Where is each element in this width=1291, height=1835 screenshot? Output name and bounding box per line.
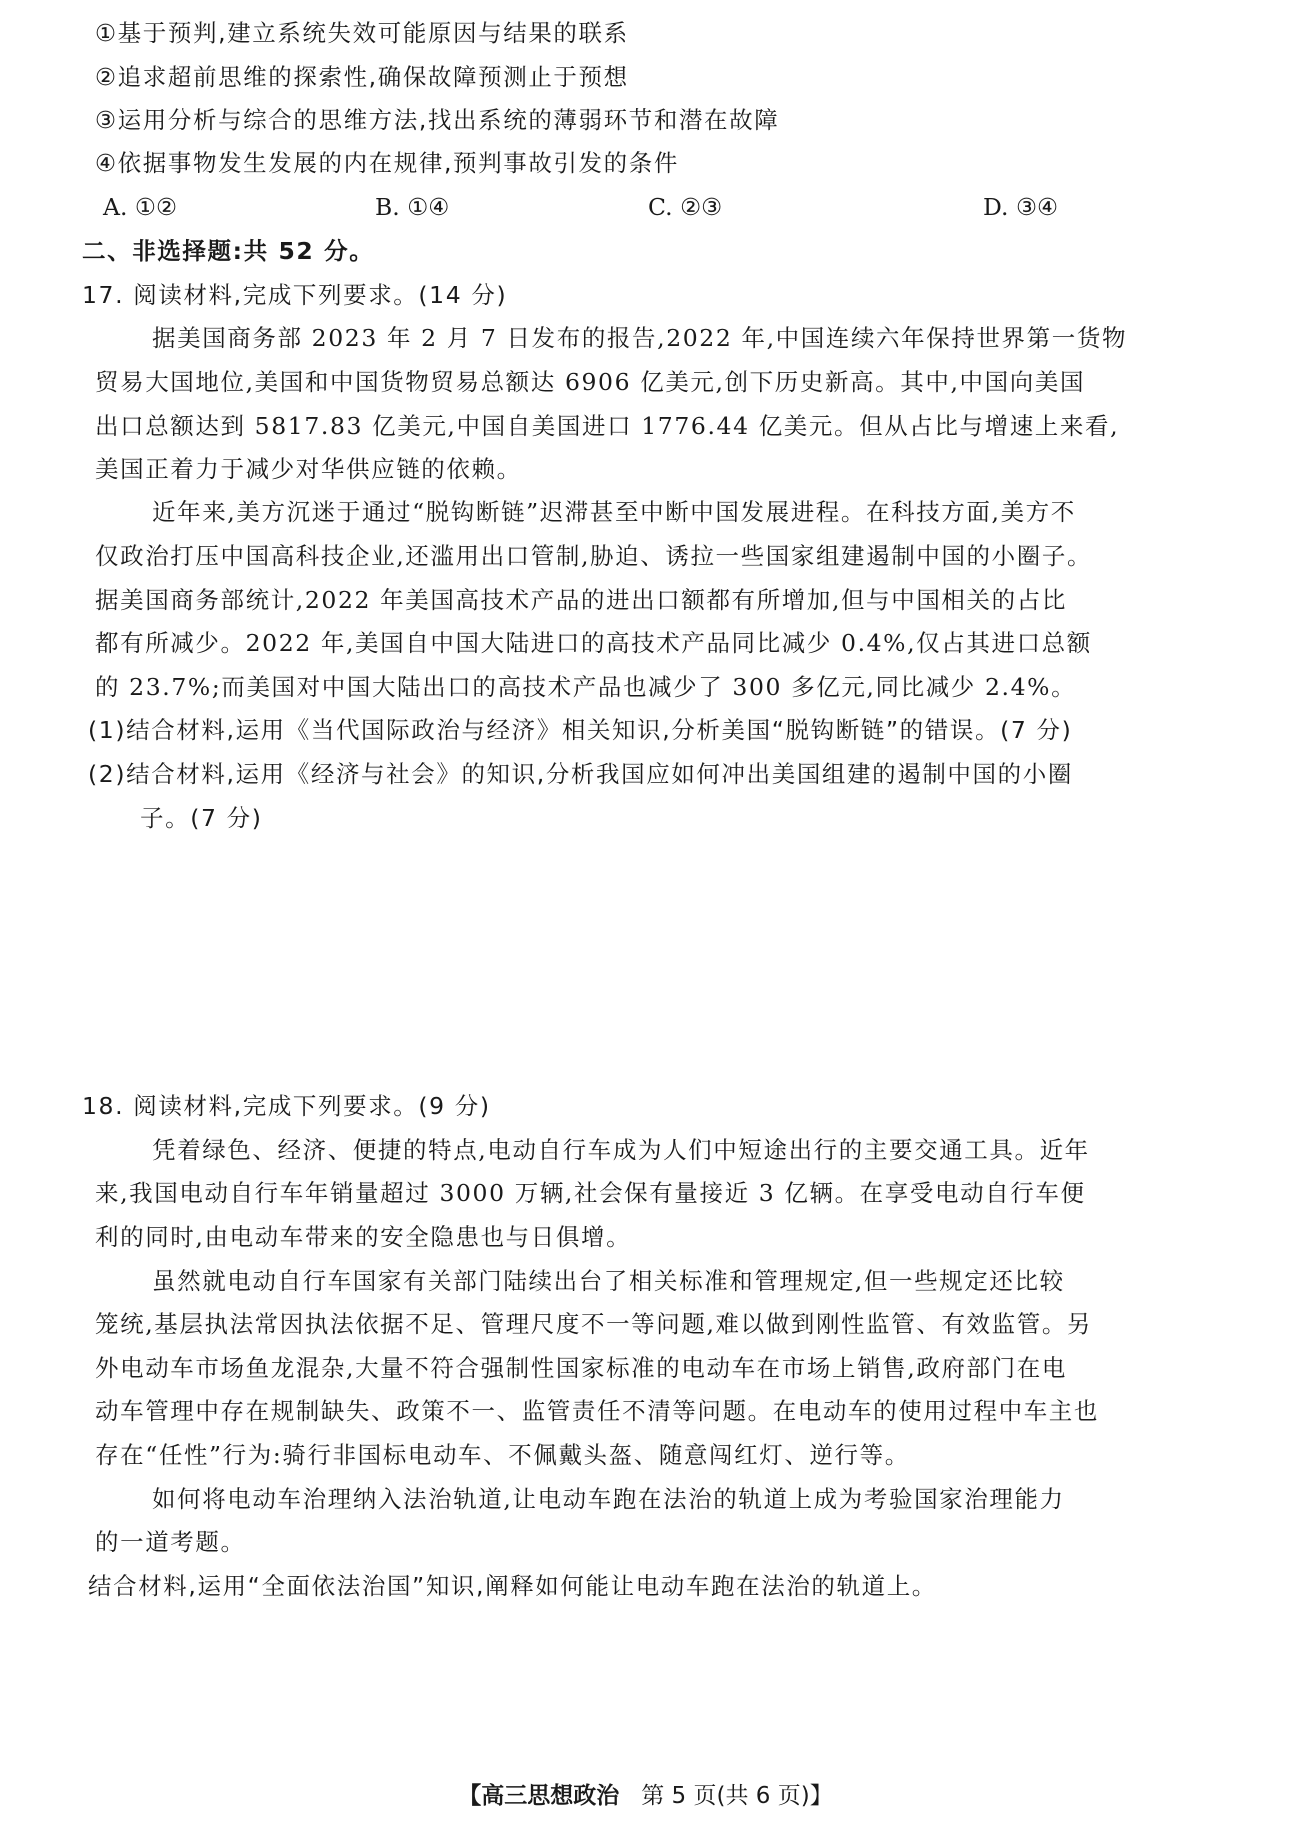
q18-title: 18. 阅读材料,完成下列要求。(9 分)	[82, 1091, 1232, 1121]
statement-4: ④依据事物发生发展的内在规律,预判事故引发的条件	[95, 148, 1245, 178]
option-d: D. ③④	[983, 192, 1058, 222]
q18-p1-line2: 来,我国电动自行车年销量超过 3000 万辆,社会保有量接近 3 亿辆。在享受电…	[95, 1178, 1245, 1208]
q17-p2-line1: 近年来,美方沉迷于通过“脱钩断链”迟滞甚至中断中国发展进程。在科技方面,美方不	[152, 497, 1291, 527]
q18-p3-line2: 的一道考题。	[95, 1527, 1245, 1557]
statement-1: ①基于预判,建立系统失效可能原因与结果的联系	[95, 18, 1245, 48]
q17-p1-line4: 美国正着力于减少对华供应链的依赖。	[95, 454, 1245, 484]
q17-sub1: (1)结合材料,运用《当代国际政治与经济》相关知识,分析美国“脱钩断链”的错误。…	[88, 715, 1238, 745]
exam-page: ①基于预判,建立系统失效可能原因与结果的联系 ②追求超前思维的探索性,确保故障预…	[0, 0, 1291, 1835]
q18-p2-line3: 外电动车市场鱼龙混杂,大量不符合强制性国家标准的电动车在市场上销售,政府部门在电	[95, 1353, 1245, 1383]
q18-task: 结合材料,运用“全面依法治国”知识,阐释如何能让电动车跑在法治的轨道上。	[88, 1571, 1238, 1601]
footer-subject: 【高三思想政治	[458, 1783, 619, 1809]
q17-p1-line1: 据美国商务部 2023 年 2 月 7 日发布的报告,2022 年,中国连续六年…	[152, 323, 1291, 353]
q17-p2-line5: 的 23.7%;而美国对中国大陆出口的高技术产品也减少了 300 多亿元,同比减…	[95, 672, 1245, 702]
page-footer: 【高三思想政治 第 5 页(共 6 页)】	[0, 1781, 1291, 1811]
q18-p3-line1: 如何将电动车治理纳入法治轨道,让电动车跑在法治的轨道上成为考验国家治理能力	[152, 1484, 1291, 1514]
statement-2: ②追求超前思维的探索性,确保故障预测止于预想	[95, 62, 1245, 92]
q17-p2-line3: 据美国商务部统计,2022 年美国高技术产品的进出口额都有所增加,但与中国相关的…	[95, 585, 1245, 615]
q17-p1-line3: 出口总额达到 5817.83 亿美元,中国自美国进口 1776.44 亿美元。但…	[95, 411, 1245, 441]
q18-p1-line3: 利的同时,由电动车带来的安全隐患也与日俱增。	[95, 1222, 1245, 1252]
q18-p2-line4: 动车管理中存在规制缺失、政策不一、监管责任不清等问题。在电动车的使用过程中车主也	[95, 1396, 1245, 1426]
q17-p1-line2: 贸易大国地位,美国和中国货物贸易总额达 6906 亿美元,创下历史新高。其中,中…	[95, 367, 1245, 397]
q17-title: 17. 阅读材料,完成下列要求。(14 分)	[82, 280, 1232, 310]
q17-sub2-cont: 子。(7 分)	[140, 803, 1290, 833]
q17-p2-line2: 仅政治打压中国高科技企业,还滥用出口管制,胁迫、诱拉一些国家组建遏制中国的小圈子…	[95, 541, 1245, 571]
q17-p2-line4: 都有所减少。2022 年,美国自中国大陆进口的高技术产品同比减少 0.4%,仅占…	[95, 628, 1245, 658]
q18-p2-line2: 笼统,基层执法常因执法依据不足、管理尺度不一等问题,难以做到刚性监管、有效监管。…	[95, 1309, 1245, 1339]
option-b: B. ①④	[375, 192, 449, 222]
option-c: C. ②③	[648, 192, 722, 222]
q18-p2-line1: 虽然就电动自行车国家有关部门陆续出台了相关标准和管理规定,但一些规定还比较	[152, 1266, 1291, 1296]
q18-p1-line1: 凭着绿色、经济、便捷的特点,电动自行车成为人们中短途出行的主要交通工具。近年	[152, 1135, 1291, 1165]
section-heading: 二、非选择题:共 52 分。	[82, 236, 1232, 266]
statement-3: ③运用分析与综合的思维方法,找出系统的薄弱环节和潜在故障	[95, 105, 1245, 135]
footer-page-info: 第 5 页(共 6 页)】	[641, 1783, 832, 1809]
q17-sub2: (2)结合材料,运用《经济与社会》的知识,分析我国应如何冲出美国组建的遏制中国的…	[88, 759, 1238, 789]
q18-p2-line5: 存在“任性”行为:骑行非国标电动车、不佩戴头盔、随意闯红灯、逆行等。	[95, 1440, 1245, 1470]
option-a: A. ①②	[103, 192, 177, 222]
